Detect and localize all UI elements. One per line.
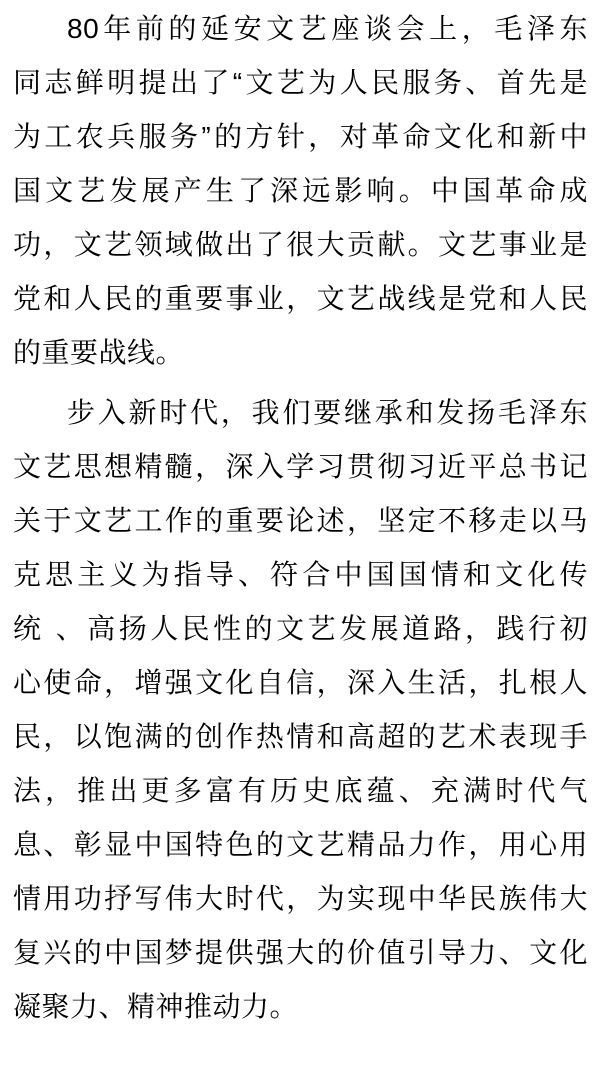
- text-line: 民，以饱满的创作热情和高超的艺术表现手: [13, 710, 588, 764]
- paragraph-2: 步入新时代，我们要继承和发扬毛泽东 文艺思想精髓，深入学习贯彻习近平总书记 关于…: [13, 386, 588, 1034]
- text-line: 心使命，增强文化自信，深入生活，扎根人: [13, 656, 588, 710]
- text-line: 80年前的延安文艺座谈会上，毛泽东: [13, 2, 588, 56]
- text-line: 克思主义为指导、符合中国国情和文化传: [13, 548, 588, 602]
- text-line: 情用功抒写伟大时代，为实现中华民族伟大: [13, 872, 588, 926]
- text-line: 关于文艺工作的重要论述，坚定不移走以马: [13, 494, 588, 548]
- text-line: 党和人民的重要事业，文艺战线是党和人民: [13, 272, 588, 326]
- text-line: 法，推出更多富有历史底蕴、充满时代气: [13, 764, 588, 818]
- paragraph-1: 80年前的延安文艺座谈会上，毛泽东 同志鲜明提出了“文艺为人民服务、首先是 为工…: [13, 2, 588, 380]
- text-line: 复兴的中国梦提供强大的价值引导力、文化: [13, 926, 588, 980]
- text-line: 步入新时代，我们要继承和发扬毛泽东: [13, 386, 588, 440]
- text-line: 同志鲜明提出了“文艺为人民服务、首先是: [13, 56, 588, 110]
- text-line: 功，文艺领域做出了很大贡献。文艺事业是: [13, 218, 588, 272]
- text-line: 息、彰显中国特色的文艺精品力作，用心用: [13, 818, 588, 872]
- text-line: 文艺思想精髓，深入学习贯彻习近平总书记: [13, 440, 588, 494]
- text-line: 国文艺发展产生了深远影响。中国革命成: [13, 164, 588, 218]
- text-line: 为工农兵服务”的方针，对革命文化和新中: [13, 110, 588, 164]
- text-line: 凝聚力、精神推动力。: [13, 980, 588, 1034]
- text-line: 统 、高扬人民性的文艺发展道路，践行初: [13, 602, 588, 656]
- text-line: 的重要战线。: [13, 326, 588, 380]
- article-page: 80年前的延安文艺座谈会上，毛泽东 同志鲜明提出了“文艺为人民服务、首先是 为工…: [0, 0, 600, 1086]
